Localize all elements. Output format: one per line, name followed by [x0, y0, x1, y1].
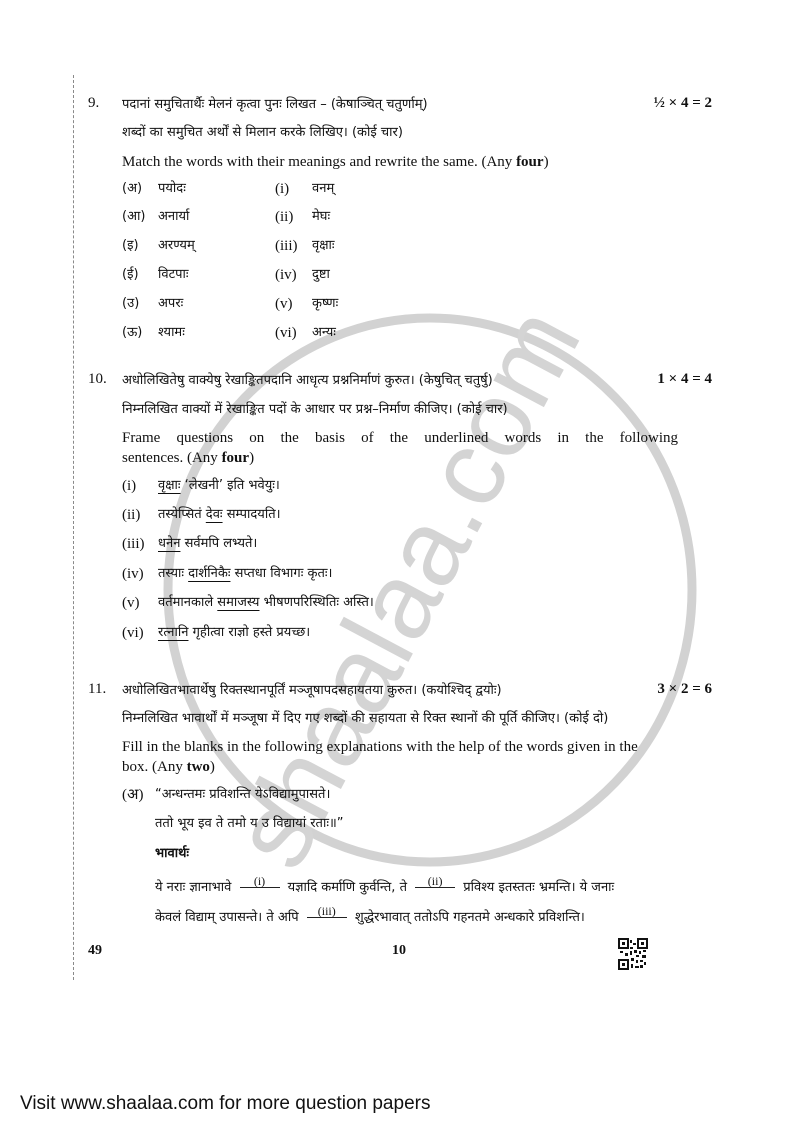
bhavarth-text: शुद्धेरभावात् ततोऽपि गहनतमे अन्धकारे प्र… [355, 910, 585, 925]
sentence-label: (ii) [122, 506, 140, 524]
match-right-item: (i)वनम् [275, 180, 289, 198]
match-left-word: अपरः [158, 295, 183, 313]
match-right-label: (ii) [275, 209, 293, 225]
question-9-sanskrit: पदानां समुचितार्थैः मेलनं कृत्वा पुनः लि… [122, 96, 428, 114]
match-right-item: (v)कृष्णः [275, 295, 293, 313]
match-right-label: (i) [275, 181, 289, 197]
match-right-label: (vi) [275, 325, 297, 341]
sentence-item: धनेन सर्वमपि लभ्यते। [158, 535, 257, 553]
question-10-sanskrit: अधोलिखितेषु वाक्येषु रेखाङ्कितपदानि आधृत… [122, 372, 493, 390]
q10-en-bold: four [222, 450, 250, 466]
q9-en-prefix: Match the words with their meanings and … [122, 154, 516, 170]
underlined-word: दार्शनिकैः [188, 566, 230, 581]
match-right-word: वनम् [312, 180, 334, 198]
question-11-english-line1: Fill in the blanks in the following expl… [122, 738, 638, 756]
sentence-item: तस्याः दार्शनिकैः सप्तधा विभागः कृतः। [158, 565, 332, 583]
q10-en-suffix: ) [249, 450, 254, 466]
question-10-hindi: निम्नलिखित वाक्यों में रेखाङ्कित पदों के… [122, 401, 508, 419]
sentence-text: ‘लेखनी’ इति भवेयुः। [181, 478, 280, 493]
match-right-word: वृक्षाः [312, 237, 335, 255]
match-left-item: (उ)अपरः [122, 295, 139, 313]
match-left-label: (ई) [122, 267, 139, 282]
question-9-hindi: शब्दों का समुचित अर्थों से मिलान करके लि… [122, 124, 403, 142]
question-11-hindi: निम्नलिखित भावार्थों में मञ्जूषा में दिए… [122, 710, 608, 728]
page-margin-line [73, 75, 74, 980]
question-11-part-a-label: (अ) [122, 786, 143, 804]
match-left-item: (इ)अरण्यम् [122, 237, 139, 255]
underlined-word: रत्नानि [158, 625, 188, 640]
match-left-word: विटपाः [158, 266, 189, 284]
sentence-label: (iii) [122, 535, 145, 553]
match-left-item: (ई)विटपाः [122, 266, 139, 284]
sentence-text: वर्तमानकाले [158, 595, 217, 610]
sentence-item: वृक्षाः ‘लेखनी’ इति भवेयुः। [158, 477, 280, 495]
sentence-text: भीषणपरिस्थितिः अस्ति। [259, 595, 373, 610]
paper-code: 49 [88, 943, 102, 959]
match-right-item: (vi)अन्यः [275, 324, 297, 342]
question-11-bhavarth-line2: केवलं विद्याम् उपासन्ते। ते अपि (iii) शु… [155, 909, 585, 927]
q11-en-prefix: box. (Any [122, 759, 187, 775]
blank-i: (i) [240, 875, 280, 888]
match-left-word: पयोदः [158, 180, 186, 198]
blank-iii: (iii) [307, 905, 347, 918]
sentence-label: (v) [122, 594, 140, 612]
match-left-label: (अ) [122, 181, 142, 196]
match-left-item: (आ)अनार्या [122, 208, 145, 226]
sentence-item: वर्तमानकाले समाजस्य भीषणपरिस्थितिः अस्ति… [158, 594, 374, 612]
sentence-text: सम्पादयति। [223, 507, 281, 522]
match-right-item: (ii)मेघः [275, 208, 293, 226]
question-11-marks-text: 3 × 2 = 6 [657, 681, 712, 697]
sentence-text: गृहीत्वा राज्ञो हस्ते प्रयच्छ। [188, 625, 310, 640]
q10-en-prefix: sentences. (Any [122, 450, 222, 466]
question-11-english-line2: box. (Any two) [122, 758, 215, 776]
question-9-marks-text: ½ × 4 = 2 [654, 95, 712, 111]
question-11-bhavarth-label: भावार्थः [155, 845, 189, 863]
bhavarth-text: प्रविश्य इतस्ततः भ्रमन्ति। ये जनाः [463, 880, 614, 895]
q11-en-bold: two [187, 759, 210, 775]
underlined-word: देवः [206, 507, 223, 522]
match-left-word: अनार्या [158, 208, 189, 226]
question-10-marks-text: 1 × 4 = 4 [657, 371, 712, 387]
sentence-item: रत्नानि गृहीत्वा राज्ञो हस्ते प्रयच्छ। [158, 624, 310, 642]
match-right-word: अन्यः [312, 324, 336, 342]
bhavarth-text: यज्ञादि कर्माणि कुर्वन्ति, ते [288, 880, 407, 895]
sentence-text: सर्वमपि लभ्यते। [180, 536, 257, 551]
page-number: 10 [392, 943, 406, 959]
match-left-item: (ऊ)श्यामः [122, 324, 142, 342]
bhavarth-text: ये नराः ज्ञानाभावे [155, 880, 231, 895]
match-left-label: (ऊ) [122, 325, 142, 340]
question-11-verse-line2: ततो भूय इव ते तमो य उ विद्यायां रताः॥” [155, 815, 343, 833]
shaalaa-promo-text: Visit www.shaalaa.com for more question … [20, 1093, 430, 1115]
match-left-item: (अ)पयोदः [122, 180, 142, 198]
match-right-label: (v) [275, 296, 293, 312]
sentence-label: (i) [122, 477, 136, 495]
underlined-word: वृक्षाः [158, 478, 181, 493]
match-left-word: श्यामः [158, 324, 185, 342]
blank-ii: (ii) [415, 875, 455, 888]
question-11-marks: 3 × 2 = 6 [657, 681, 712, 698]
match-right-word: मेघः [312, 208, 330, 226]
match-right-item: (iii)वृक्षाः [275, 237, 298, 255]
question-9-english: Match the words with their meanings and … [122, 153, 549, 171]
question-11-number: 11. [88, 681, 106, 698]
match-right-label: (iii) [275, 238, 298, 254]
q11-en-suffix: ) [210, 759, 215, 775]
question-10-number: 10. [88, 371, 107, 388]
match-left-label: (इ) [122, 238, 139, 253]
match-right-word: दुष्टा [312, 266, 330, 284]
match-right-label: (iv) [275, 267, 297, 283]
question-10-english-line1: Frame questions on the basis of the unde… [122, 429, 678, 447]
qr-code-icon [618, 938, 648, 970]
question-11-sanskrit: अधोलिखितभावार्थेषु रिक्तस्थानपूर्तिं मञ्… [122, 682, 502, 700]
q9-en-bold: four [516, 154, 544, 170]
question-10-marks: 1 × 4 = 4 [657, 371, 712, 388]
bhavarth-text: केवलं विद्याम् उपासन्ते। ते अपि [155, 910, 299, 925]
underlined-word: धनेन [158, 536, 180, 551]
match-right-word: कृष्णः [312, 295, 338, 313]
question-11-verse-line1: “अन्धन्तमः प्रविशन्ति येऽविद्यामुपासते। [155, 786, 330, 804]
question-10-english-line2: sentences. (Any four) [122, 449, 254, 467]
q9-en-suffix: ) [544, 154, 549, 170]
match-right-item: (iv)दुष्टा [275, 266, 297, 284]
match-left-word: अरण्यम् [158, 237, 195, 255]
sentence-label: (vi) [122, 624, 144, 642]
match-left-label: (आ) [122, 209, 145, 224]
question-9-number: 9. [88, 95, 99, 112]
sentence-label: (iv) [122, 565, 144, 583]
underlined-word: समाजस्य [217, 595, 259, 610]
sentence-text: तस्याः [158, 566, 188, 581]
sentence-text: तस्येप्सितं [158, 507, 206, 522]
question-9-marks: ½ × 4 = 2 [654, 95, 712, 112]
sentence-text: सप्तधा विभागः कृतः। [230, 566, 332, 581]
match-left-label: (उ) [122, 296, 139, 311]
sentence-item: तस्येप्सितं देवः सम्पादयति। [158, 506, 281, 524]
question-11-bhavarth-line1: ये नराः ज्ञानाभावे (i) यज्ञादि कर्माणि क… [155, 879, 614, 897]
